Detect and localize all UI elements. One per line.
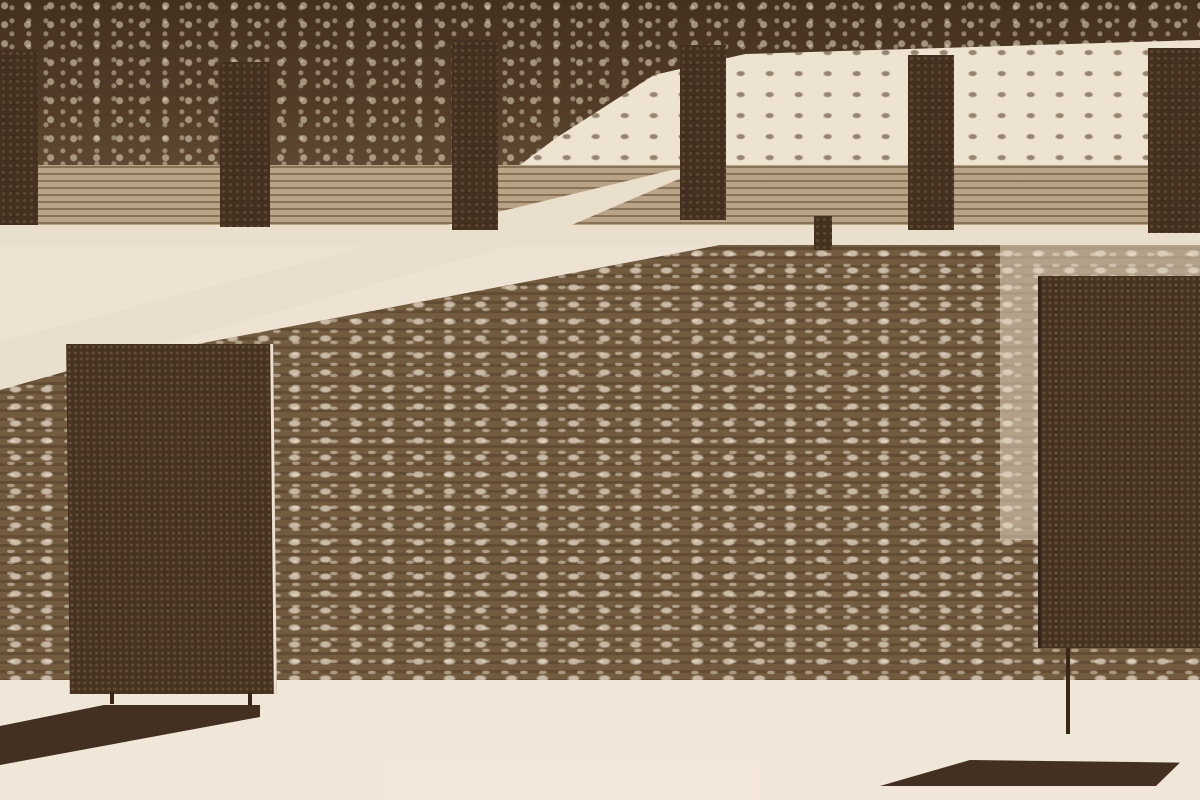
stone-pillar-6 — [1148, 48, 1200, 233]
panel-leg — [1066, 648, 1070, 734]
stone-pillar-5 — [908, 55, 954, 230]
stone-pillar-1 — [0, 50, 38, 225]
stone-pillar-2 — [220, 62, 270, 227]
panel-leg — [110, 692, 114, 704]
panel-leg — [248, 692, 252, 706]
memorial-panel-right — [1038, 276, 1200, 648]
small-post — [814, 216, 832, 250]
stone-pillar-4 — [680, 45, 726, 220]
memorial-panel-left — [66, 344, 277, 694]
memorial-photograph — [0, 0, 1200, 800]
stone-pillar-3 — [452, 40, 498, 230]
